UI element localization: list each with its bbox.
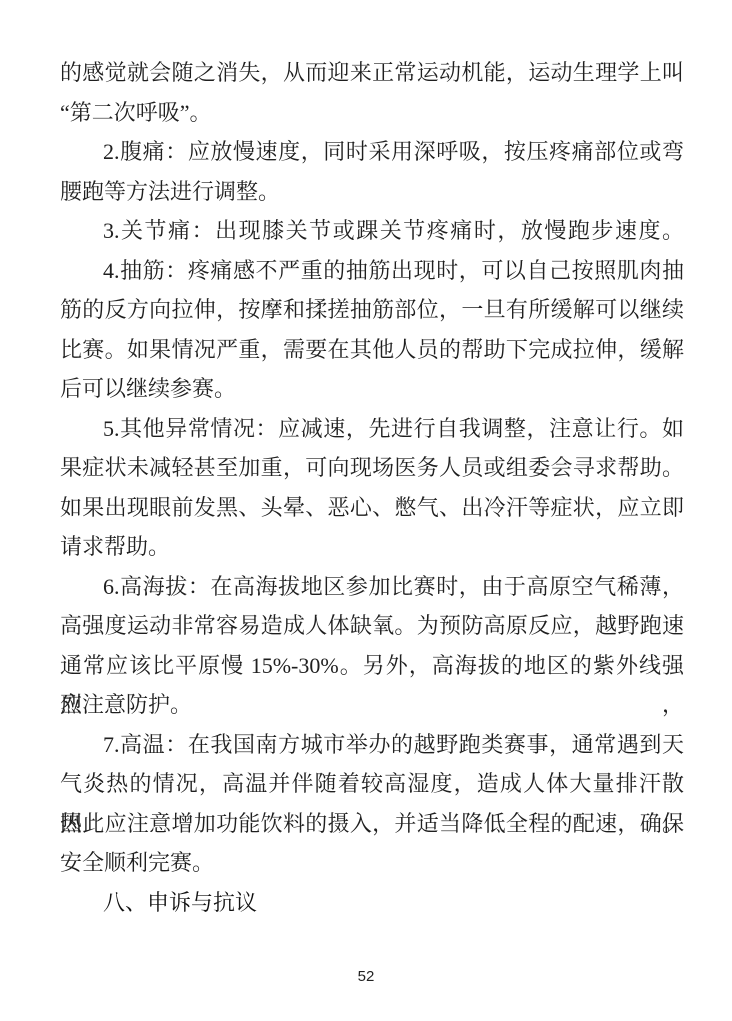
page-number: 52	[0, 966, 732, 988]
document-page: 的感觉就会随之消失，从而迎来正常运动机能，运动生理学上叫“第二次呼吸”。2.腹痛…	[0, 0, 732, 1021]
text-line: 4.抽筋：疼痛感不严重的抽筋出现时，可以自己按照肌肉抽	[60, 251, 684, 291]
text-line: 气炎热的情况，高温并伴随着较高湿度，造成人体大量排汗散热。	[60, 764, 684, 804]
text-line: 的感觉就会随之消失，从而迎来正常运动机能，运动生理学上叫	[60, 53, 684, 93]
text-line: 3.关节痛：出现膝关节或踝关节疼痛时，放慢跑步速度。	[60, 211, 684, 251]
text-line: 果症状未减轻甚至加重，可向现场医务人员或组委会寻求帮助。	[60, 448, 684, 488]
text-line: 请求帮助。	[60, 527, 684, 567]
section-heading: 八、申诉与抗议	[60, 883, 684, 923]
text-line: 后可以继续参赛。	[60, 369, 684, 409]
text-line: 比赛。如果情况严重，需要在其他人员的帮助下完成拉伸，缓解	[60, 330, 684, 370]
text-block: 的感觉就会随之消失，从而迎来正常运动机能，运动生理学上叫“第二次呼吸”。2.腹痛…	[60, 53, 684, 922]
text-line: 安全顺利完赛。	[60, 843, 684, 883]
text-line: 筋的反方向拉伸，按摩和揉搓抽筋部位，一旦有所缓解可以继续	[60, 290, 684, 330]
text-line: 2.腹痛：应放慢速度，同时采用深呼吸，按压疼痛部位或弯	[60, 132, 684, 172]
text-line: 如果出现眼前发黑、头晕、恶心、憋气、出冷汗等症状，应立即	[60, 488, 684, 528]
text-line: 7.高温：在我国南方城市举办的越野跑类赛事，通常遇到天	[60, 725, 684, 765]
text-line: 6.高海拔：在高海拔地区参加比赛时，由于高原空气稀薄，	[60, 567, 684, 607]
text-line: 腰跑等方法进行调整。	[60, 172, 684, 212]
text-line: 通常应该比平原慢 15%-30%。另外，高海拔的地区的紫外线强烈，	[60, 646, 684, 686]
text-line: “第二次呼吸”。	[60, 93, 684, 133]
text-line: 5.其他异常情况：应减速，先进行自我调整，注意让行。如	[60, 409, 684, 449]
text-line: 高强度运动非常容易造成人体缺氧。为预防高原反应，越野跑速	[60, 606, 684, 646]
text-line: 因此应注意增加功能饮料的摄入，并适当降低全程的配速，确保	[60, 804, 684, 844]
